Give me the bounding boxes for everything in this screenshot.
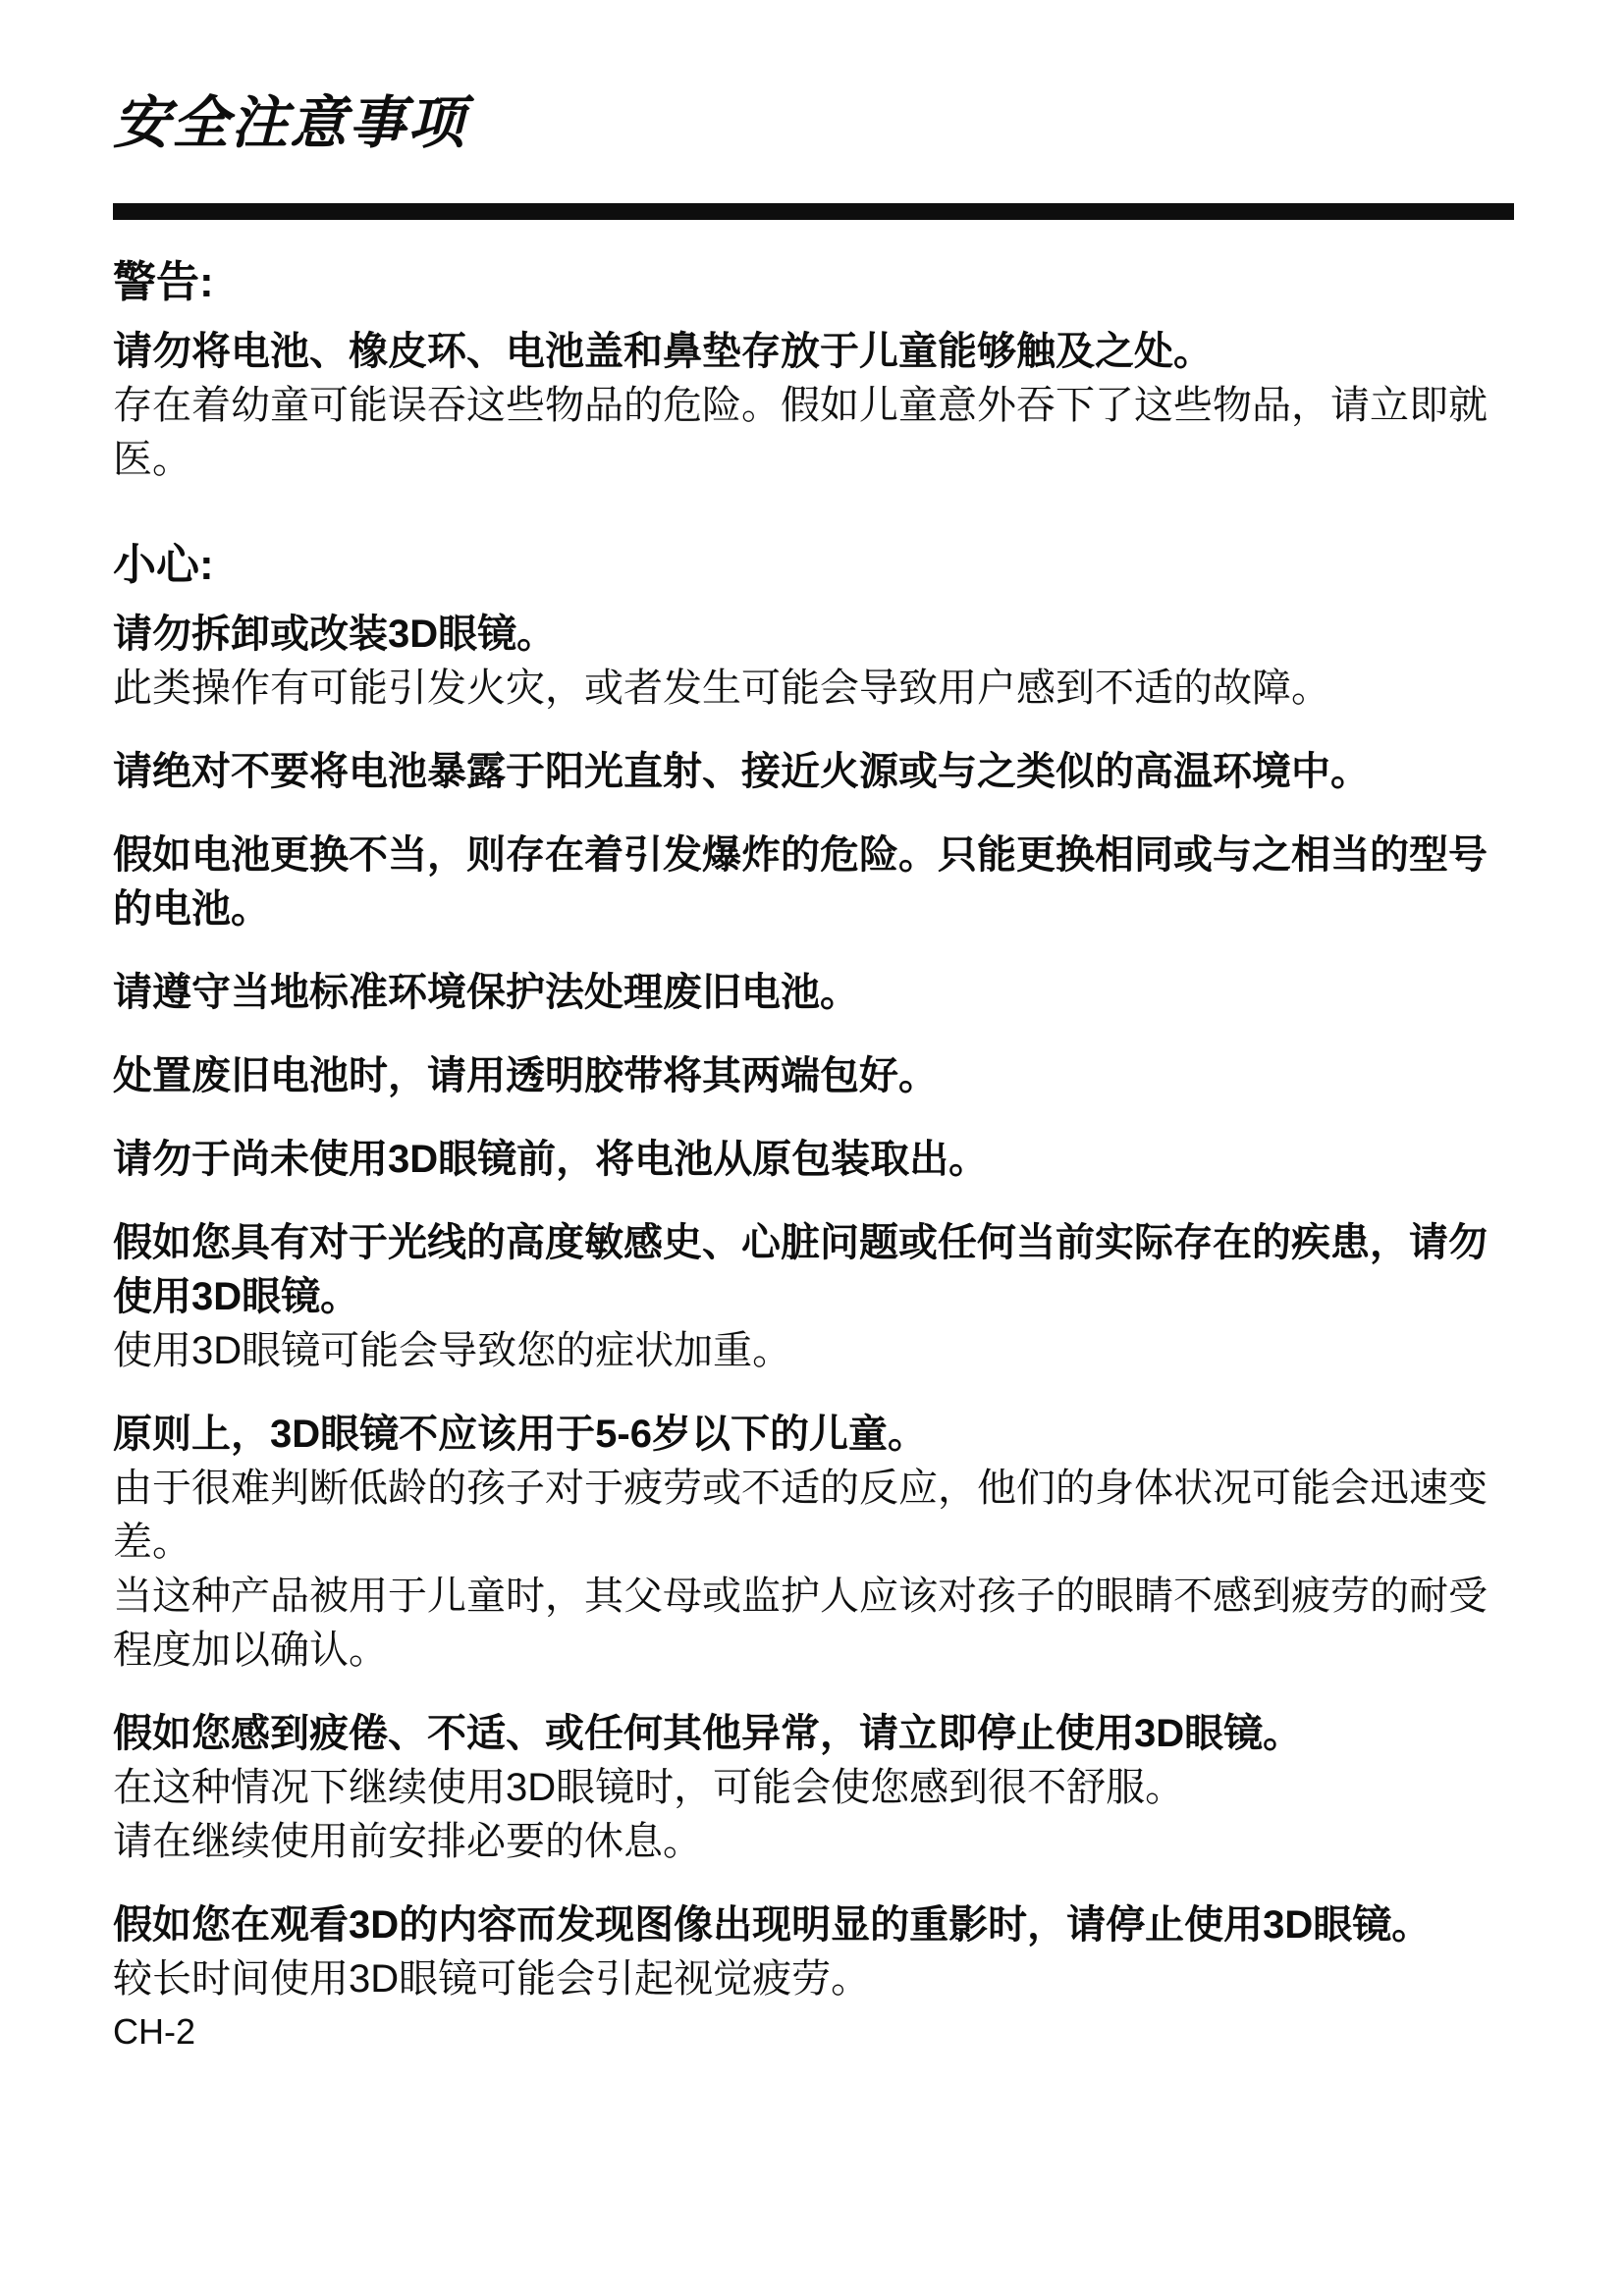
bold-statement: 假如您具有对于光线的高度敏感史、心脏问题或任何当前实际存在的疾患，请勿使用3D眼… (113, 1216, 1514, 1324)
bold-statement: 处置废旧电池时，请用透明胶带将其两端包好。 (113, 1049, 1514, 1103)
caution-paragraph: 假如您感到疲倦、不适、或任何其他异常，请立即停止使用3D眼镜。 在这种情况下继续… (113, 1707, 1514, 1869)
caution-paragraph: 处置废旧电池时，请用透明胶带将其两端包好。 (113, 1049, 1514, 1103)
warning-paragraph: 请勿将电池、橡皮环、电池盖和鼻垫存放于儿童能够触及之处。 存在着幼童可能误吞这些… (113, 325, 1514, 487)
bold-statement: 假如电池更换不当，则存在着引发爆炸的危险。只能更换相同或与之相当的型号的电池。 (113, 828, 1514, 936)
caution-paragraph: 假如您在观看3D的内容而发现图像出现明显的重影时，请停止使用3D眼镜。 较长时间… (113, 1898, 1514, 2006)
bold-statement: 假如您在观看3D的内容而发现图像出现明显的重影时，请停止使用3D眼镜。 (113, 1898, 1514, 1952)
body-text: 在这种情况下继续使用3D眼镜时，可能会使您感到很不舒服。 请在继续使用前安排必要… (113, 1761, 1514, 1869)
caution-paragraph: 原则上，3D眼镜不应该用于5-6岁以下的儿童。 由于很难判断低龄的孩子对于疲劳或… (113, 1408, 1514, 1678)
caution-paragraph: 假如您具有对于光线的高度敏感史、心脏问题或任何当前实际存在的疾患，请勿使用3D眼… (113, 1216, 1514, 1378)
caution-heading: 小心: (113, 538, 1514, 592)
warning-heading: 警告: (113, 255, 1514, 309)
page-number: CH-2 (113, 2010, 1514, 2054)
caution-paragraph: 请绝对不要将电池暴露于阳光直射、接近火源或与之类似的高温环境中。 (113, 745, 1514, 799)
page-title: 安全注意事项 (113, 90, 1514, 156)
bold-statement: 请勿拆卸或改装3D眼镜。 (113, 608, 1514, 662)
bold-statement: 假如您感到疲倦、不适、或任何其他异常，请立即停止使用3D眼镜。 (113, 1707, 1514, 1761)
title-rule (113, 203, 1514, 220)
bold-statement: 请勿将电池、橡皮环、电池盖和鼻垫存放于儿童能够触及之处。 (113, 325, 1514, 379)
bold-statement: 请绝对不要将电池暴露于阳光直射、接近火源或与之类似的高温环境中。 (113, 745, 1514, 799)
bold-statement: 请遵守当地标准环境保护法处理废旧电池。 (113, 966, 1514, 1020)
body-text: 较长时间使用3D眼镜可能会引起视觉疲劳。 (113, 1952, 1514, 2006)
bold-statement: 原则上，3D眼镜不应该用于5-6岁以下的儿童。 (113, 1408, 1514, 1462)
caution-paragraph: 请勿于尚未使用3D眼镜前，将电池从原包装取出。 (113, 1133, 1514, 1187)
body-text: 由于很难判断低龄的孩子对于疲劳或不适的反应，他们的身体状况可能会迅速变差。 当这… (113, 1462, 1514, 1678)
body-text: 使用3D眼镜可能会导致您的症状加重。 (113, 1324, 1514, 1378)
warning-section: 警告: 请勿将电池、橡皮环、电池盖和鼻垫存放于儿童能够触及之处。 存在着幼童可能… (113, 255, 1514, 487)
caution-paragraph: 请勿拆卸或改装3D眼镜。 此类操作有可能引发火灾，或者发生可能会导致用户感到不适… (113, 608, 1514, 716)
bold-statement: 请勿于尚未使用3D眼镜前，将电池从原包装取出。 (113, 1133, 1514, 1187)
body-text: 此类操作有可能引发火灾，或者发生可能会导致用户感到不适的故障。 (113, 662, 1514, 716)
document-page: 安全注意事项 警告: 请勿将电池、橡皮环、电池盖和鼻垫存放于儿童能够触及之处。 … (0, 0, 1624, 2296)
caution-paragraph: 请遵守当地标准环境保护法处理废旧电池。 (113, 966, 1514, 1020)
caution-paragraph: 假如电池更换不当，则存在着引发爆炸的危险。只能更换相同或与之相当的型号的电池。 (113, 828, 1514, 936)
caution-section: 小心: 请勿拆卸或改装3D眼镜。 此类操作有可能引发火灾，或者发生可能会导致用户… (113, 538, 1514, 2006)
body-text: 存在着幼童可能误吞这些物品的危险。假如儿童意外吞下了这些物品，请立即就医。 (113, 379, 1514, 487)
